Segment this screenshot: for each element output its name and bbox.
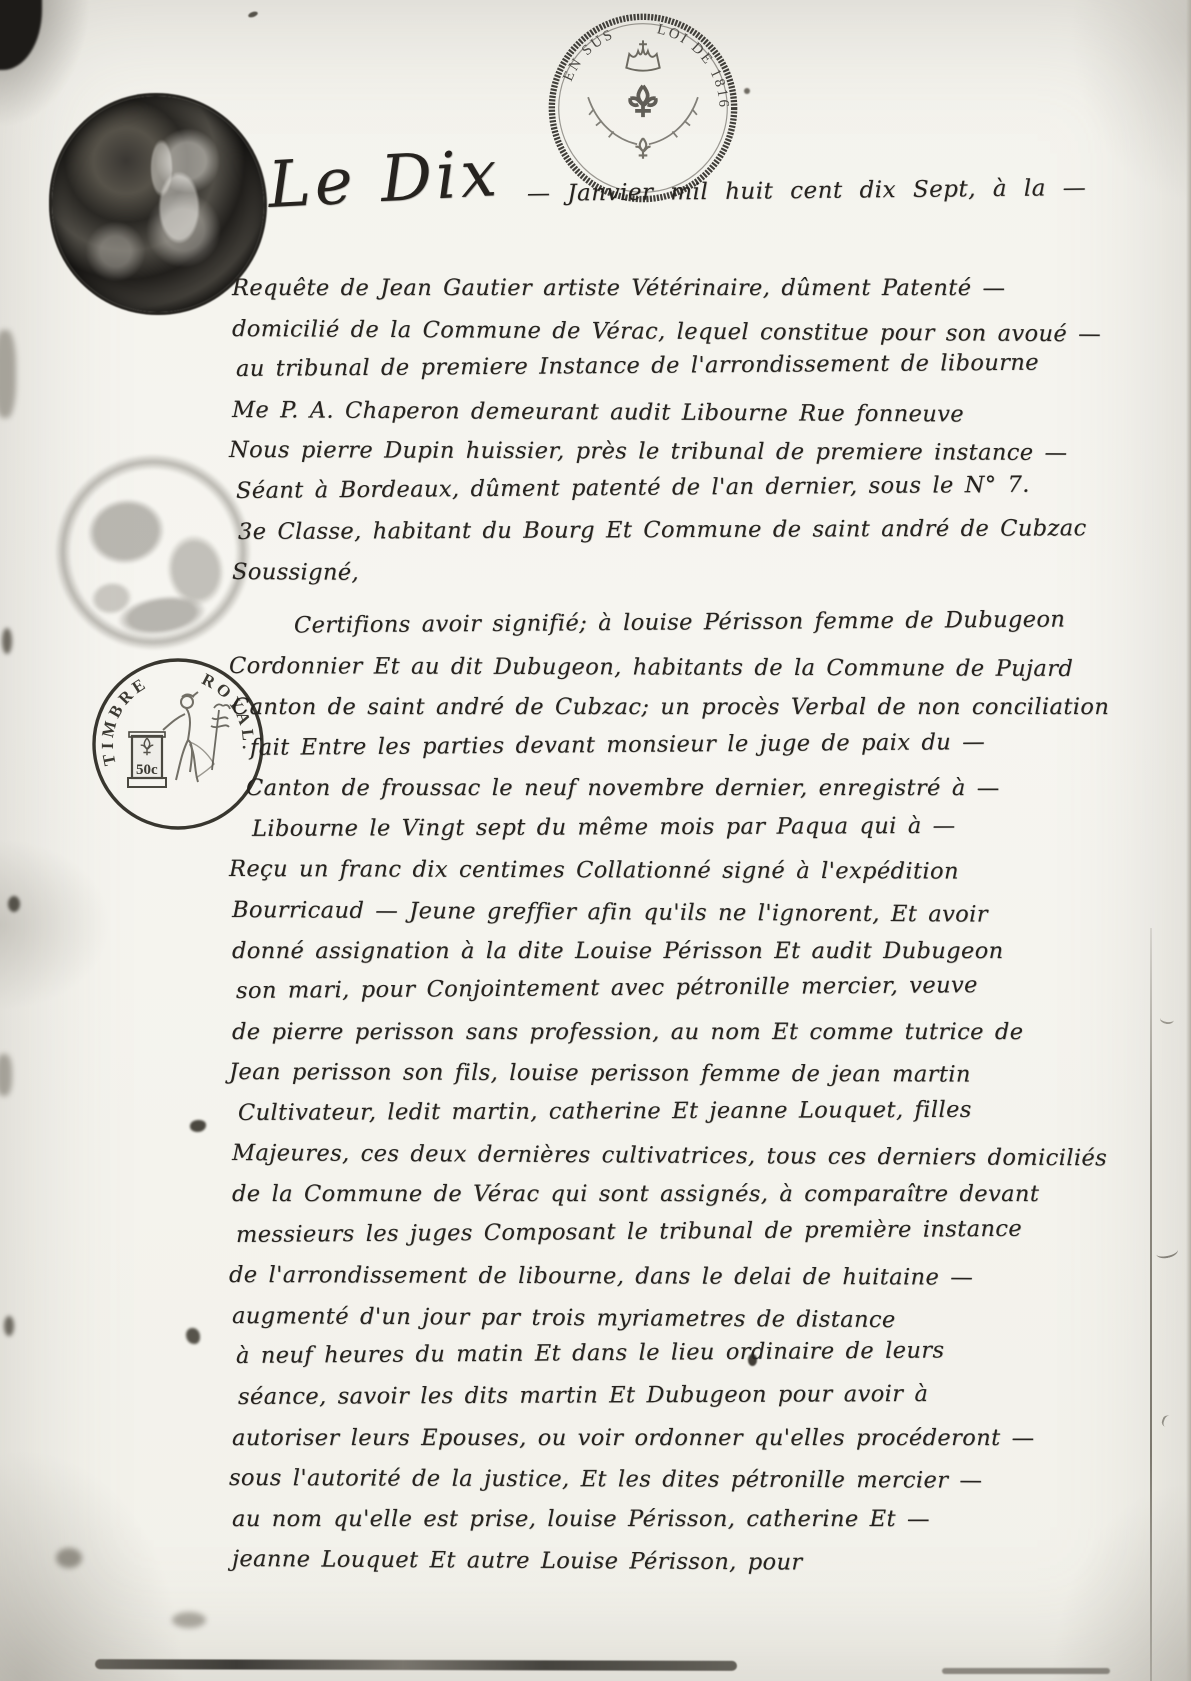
manuscript-line: Soussigné, bbox=[232, 552, 1098, 598]
stamp-value-text: 50c bbox=[136, 762, 158, 778]
edge-smudge bbox=[8, 896, 20, 912]
heading-continuation-text: — Janvier mil huit cent dix Sept, à la — bbox=[526, 175, 1086, 215]
page-edge-shadow bbox=[1186, 0, 1191, 1681]
manuscript-line: de pierre perisson sans profession, au n… bbox=[232, 1012, 1098, 1053]
edge-smudge bbox=[56, 1548, 82, 1568]
manuscript-line: jeanne Louquet Et autre Louise Périsson,… bbox=[232, 1539, 1098, 1585]
manuscript-line: son mari, pour Conjointement avec pétron… bbox=[236, 964, 1102, 1011]
manuscript-line: Majeures, ces deux dernières cultivatric… bbox=[232, 1133, 1098, 1179]
edge-smudge bbox=[0, 1054, 12, 1096]
manuscript-line: au tribunal de premiere Instance de l'ar… bbox=[236, 342, 1102, 389]
manuscript-line: Certifions avoir signifié; à louise Péri… bbox=[236, 599, 1102, 646]
edge-smudge bbox=[0, 330, 16, 418]
manuscript-line: au nom qu'elle est prise, louise Périsso… bbox=[232, 1499, 1098, 1540]
stray-ink-mark bbox=[247, 10, 258, 18]
bottom-scan-strip bbox=[942, 1668, 1110, 1674]
manuscript-line: Me P. A. Chaperon demeurant audit Libour… bbox=[232, 390, 1098, 436]
ink-blot bbox=[186, 1328, 200, 1344]
manuscript-line: séance, savoir les dits martin Et Dubuge… bbox=[238, 1373, 1104, 1417]
manuscript-line: à neuf heures du matin Et dans le lieu o… bbox=[236, 1330, 1102, 1377]
manuscript-line: Reçu un franc dix centimes Collationné s… bbox=[229, 849, 1095, 893]
stray-ink-mark bbox=[1159, 1013, 1174, 1025]
manuscript-line: autoriser leurs Epouses, ou voir ordonne… bbox=[232, 1418, 1098, 1459]
edge-smudge bbox=[2, 628, 12, 654]
manuscript-body: Requête de Jean Gautier artiste Vétérina… bbox=[232, 268, 1098, 1580]
manuscript-line: 3e Classe, habitant du Bourg Et Commune … bbox=[238, 508, 1104, 552]
manuscript-line: Bourricaud — Jeune greffier afin qu'ils … bbox=[232, 890, 1098, 936]
manuscript-line: de l'arrondissement de libourne, dans le… bbox=[229, 1255, 1095, 1299]
edge-smudge bbox=[172, 1612, 206, 1628]
fleur-de-lis-icon bbox=[630, 86, 656, 117]
stray-ink-mark bbox=[1155, 1244, 1179, 1260]
manuscript-line: Canton de froussac le neuf novembre dern… bbox=[232, 768, 1098, 809]
manuscript-line: fait Entre les parties devant monsieur l… bbox=[236, 721, 1102, 768]
manuscript-line: Cordonnier Et au dit Dubugeon, habitants… bbox=[229, 646, 1095, 690]
crown-icon bbox=[626, 40, 659, 70]
manuscript-line: Requête de Jean Gautier artiste Vétérina… bbox=[232, 268, 1098, 309]
corner-ink-blot bbox=[0, 0, 42, 70]
stray-ink-mark bbox=[1160, 1414, 1177, 1430]
manuscript-line: sous l'autorité de la justice, Et les di… bbox=[229, 1458, 1095, 1502]
manuscript-line: messieurs les juges Composant le tribuna… bbox=[236, 1208, 1102, 1255]
document-heading: Le Dix — Janvier mil huit cent dix Sept,… bbox=[268, 148, 1086, 212]
ink-blot bbox=[190, 1120, 206, 1132]
bottom-scan-strip bbox=[95, 1659, 737, 1671]
edge-smudge bbox=[4, 1316, 14, 1336]
caduceus-icon bbox=[211, 704, 230, 770]
manuscript-line: Séant à Bordeaux, dûment patenté de l'an… bbox=[236, 464, 1102, 511]
stray-ink-mark bbox=[744, 88, 750, 94]
seated-figure-impression bbox=[70, 114, 246, 294]
page-fold-line bbox=[1150, 928, 1152, 1681]
mercury-figure bbox=[163, 692, 214, 782]
manuscript-page: EN SUS LOI DE 1816 TIMBRE bbox=[0, 0, 1191, 1681]
manuscript-line: Libourne le Vingt sept du même mois par … bbox=[238, 805, 1104, 849]
manuscript-line: Cultivateur, ledit martin, catherine Et … bbox=[238, 1089, 1104, 1133]
heading-large-text: Le Dix bbox=[266, 142, 502, 218]
pedestal: 50c bbox=[128, 732, 166, 787]
